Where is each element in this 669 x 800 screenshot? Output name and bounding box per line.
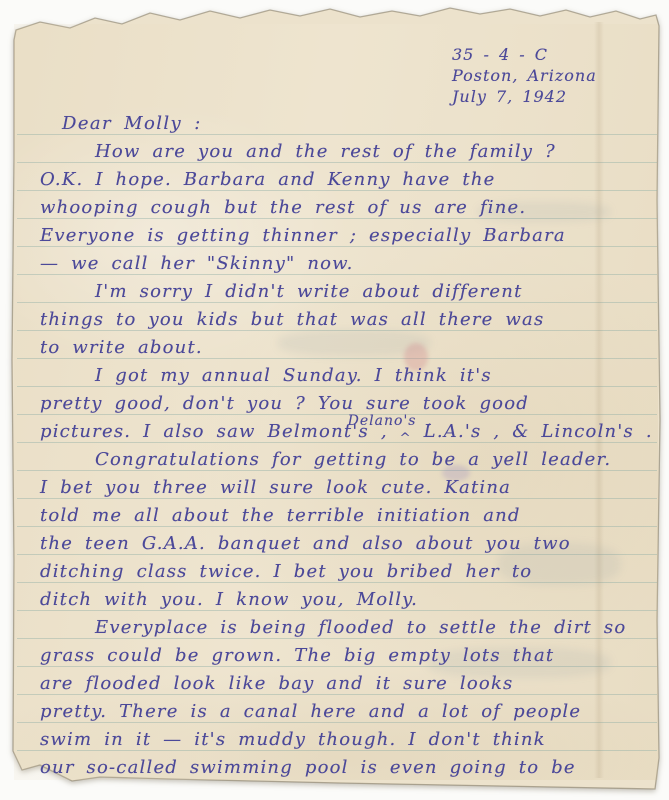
letter-line: ditch with you. I know you, Molly. bbox=[40, 586, 648, 614]
letter-line: are flooded look like bay and it sure lo… bbox=[40, 670, 648, 698]
date-line: July 7, 1942 bbox=[452, 86, 597, 107]
letter-line: the teen G.A.A. banquet and also about y… bbox=[40, 530, 648, 558]
letter-line: Congratulations for getting to be a yell… bbox=[40, 446, 648, 474]
letter-line: pretty good, don't you ? You sure took g… bbox=[40, 390, 648, 418]
letter-line: things to you kids but that was all ther… bbox=[40, 306, 648, 334]
letter-line: I'm sorry I didn't write about different bbox=[40, 278, 648, 306]
letter-line: O.K. I hope. Barbara and Kenny have the bbox=[40, 166, 648, 194]
block-address-line: 35 - 4 - C bbox=[452, 44, 597, 65]
salutation: Dear Molly : bbox=[40, 110, 202, 138]
letter-line: Everyone is getting thinner ; especially… bbox=[40, 222, 648, 250]
letter-line: to write about. bbox=[40, 334, 648, 362]
letter-line: our so-called swimming pool is even goin… bbox=[40, 754, 648, 782]
place-line: Poston, Arizona bbox=[452, 65, 597, 86]
letter-line: How are you and the rest of the family ? bbox=[40, 138, 648, 166]
interline-insertion: Delano's , bbox=[348, 407, 433, 435]
letter-line: pretty. There is a canal here and a lot … bbox=[40, 698, 648, 726]
letter-line: swim in it — it's muddy though. I don't … bbox=[40, 726, 648, 754]
caret-mark: ^ bbox=[400, 425, 412, 453]
letter-line: whooping cough but the rest of us are fi… bbox=[40, 194, 648, 222]
letter-line: grass could be grown. The big empty lots… bbox=[40, 642, 648, 670]
letter-body: How are you and the rest of the family ?… bbox=[40, 138, 648, 782]
letter-line: pictures. I also saw Belmont's , Delano'… bbox=[40, 418, 648, 446]
letter-line: Everyplace is being flooded to settle th… bbox=[40, 614, 648, 642]
letter-line: — we call her "Skinny" now. bbox=[40, 250, 648, 278]
letter-line: I got my annual Sunday. I think it's bbox=[40, 362, 648, 390]
letter-line: I bet you three will sure look cute. Kat… bbox=[40, 474, 648, 502]
letter-line: ditching class twice. I bet you bribed h… bbox=[40, 558, 648, 586]
letter-heading: 35 - 4 - C Poston, Arizona July 7, 1942 bbox=[452, 44, 597, 107]
scan-background: { "colors": { "background": "#fbfbf9", "… bbox=[0, 0, 669, 800]
letter-paper: 35 - 4 - C Poston, Arizona July 7, 1942 … bbox=[0, 0, 669, 800]
letter-line: told me all about the terrible initiatio… bbox=[40, 502, 648, 530]
